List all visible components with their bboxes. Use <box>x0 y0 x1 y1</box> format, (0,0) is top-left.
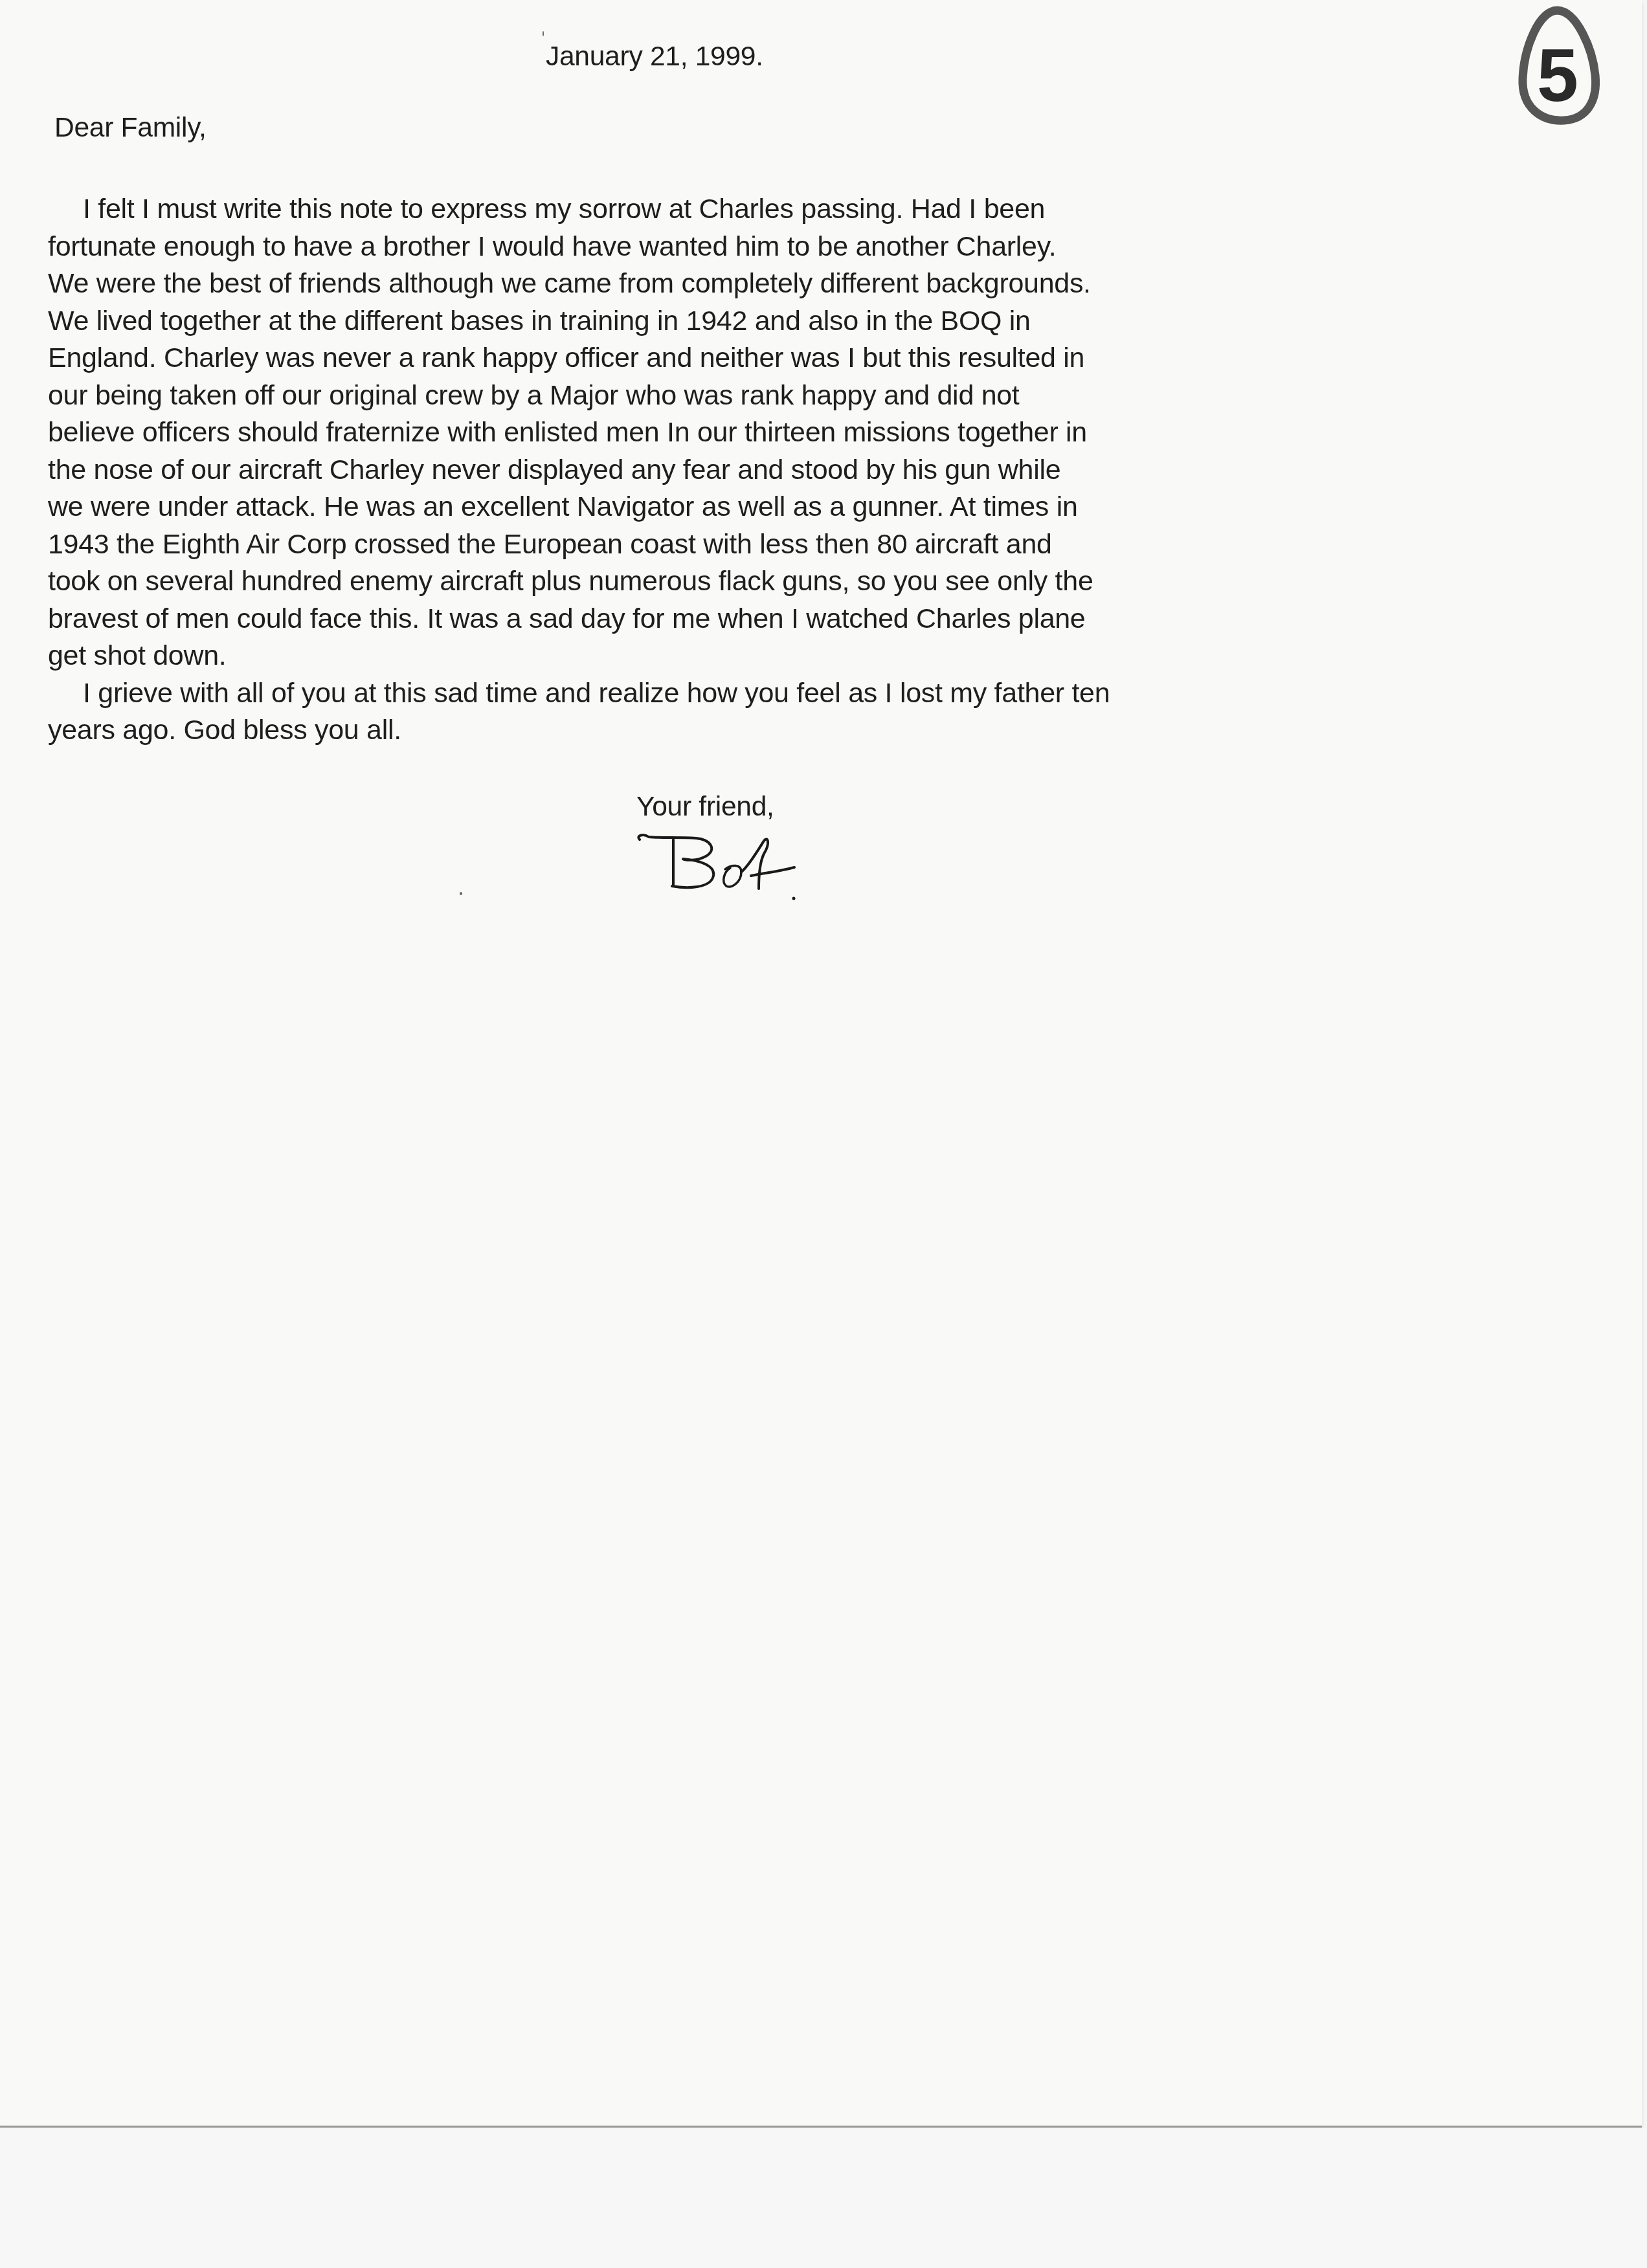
letter-body: I felt I must write this note to express… <box>48 191 1110 750</box>
letter-body-line: I grieve with all of you at this sad tim… <box>48 675 1110 713</box>
letter-date: January 21, 1999. <box>546 38 763 75</box>
letter-body-line: I felt I must write this note to express… <box>48 191 1110 228</box>
letter-page: 5 January 21, 1999. Dear Family, I felt … <box>0 0 1642 2128</box>
letter-body-line: the nose of our aircraft Charley never d… <box>48 452 1110 489</box>
letter-body-line: believe officers should fraternize with … <box>48 414 1110 452</box>
letter-body-line: years ago. God bless you all. <box>48 712 1110 750</box>
letter-body-line: We lived together at the different bases… <box>48 303 1110 340</box>
letter-body-line: We were the best of friends although we … <box>48 265 1110 303</box>
letter-body-line: we were under attack. He was an excellen… <box>48 489 1110 526</box>
letter-body-line: our being taken off our original crew by… <box>48 377 1110 415</box>
letter-body-line: England. Charley was never a rank happy … <box>48 340 1110 377</box>
svg-text:5: 5 <box>1537 34 1578 117</box>
letter-body-line: took on several hundred enemy aircraft p… <box>48 563 1110 601</box>
scanner-bed-background <box>0 2128 1647 2268</box>
letter-body-line: bravest of men could face this. It was a… <box>48 601 1110 638</box>
letter-salutation: Dear Family, <box>54 109 207 146</box>
letter-body-line: 1943 the Eighth Air Corp crossed the Eur… <box>48 526 1110 564</box>
letter-body-line: get shot down. <box>48 638 1110 675</box>
handwritten-signature: Bob <box>634 832 829 909</box>
letter-closing: Your friend, <box>636 788 774 825</box>
handwritten-page-number-circled: 5 <box>1512 4 1603 127</box>
scan-speck <box>460 892 462 895</box>
letter-body-line: fortunate enough to have a brother I wou… <box>48 228 1110 266</box>
scan-speck <box>543 31 544 36</box>
